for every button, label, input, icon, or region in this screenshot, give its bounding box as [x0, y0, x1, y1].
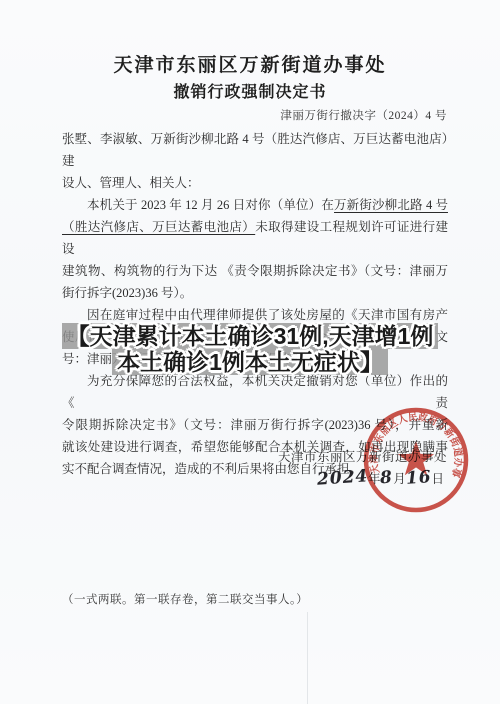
text-segment: 因在庭审过程中由代理律师提供了该处房屋的《天津市国有房产 [87, 308, 448, 322]
body-line: 街行拆字(2023)36 号）。 [62, 282, 448, 304]
text-segment: 本机关于 2023 年 12 月 26 日对你（单位）在 [87, 198, 334, 212]
document-title: 天津市东丽区万新街道办事处 [0, 50, 500, 77]
text-segment: 张墅、李淑敏、万新街沙柳北路 4 号（胜达汽修店、万巨达蓄电池店）建 [62, 132, 448, 168]
text-segment: 街行拆字(2023)36 号）。 [62, 286, 192, 300]
scanned-document-page: 天津市东丽区万新街道办事处 撤销行政强制决定书 津丽万街行撤决字（2024）4 … [0, 0, 500, 704]
body-line: 张墅、李淑敏、万新街沙柳北路 4 号（胜达汽修店、万巨达蓄电池店）建 [62, 128, 448, 172]
body-line: 号：津丽万街行拆字(2023)36 号)所依据的事实。 [62, 348, 448, 370]
body-line: 设人、管理人、相关人： [62, 172, 448, 194]
text-segment: 使用证》，该证据有可能影响本机关作出《责令限期拆除决定书》(文 [62, 330, 448, 344]
body-line: 本机关于 2023 年 12 月 26 日对你（单位）在万新街沙柳北路 4 号 [62, 194, 448, 216]
underlined-text-segment: 万新街沙柳北路 4 号 [334, 198, 448, 212]
stamp-star-icon [398, 441, 434, 475]
underlined-text-segment: （胜达汽修店、万巨达蓄电池店） [62, 220, 255, 234]
body-line: 因在庭审过程中由代理律师提供了该处房屋的《天津市国有房产 [62, 304, 448, 326]
paper-fold-line [307, 612, 308, 704]
stamp-graphic: 天津市东丽区人民政府万新街道办事处 [361, 405, 466, 510]
body-line: 使用证》，该证据有可能影响本机关作出《责令限期拆除决定书》(文 [62, 326, 448, 348]
official-red-stamp: 天津市东丽区人民政府万新街道办事处 [361, 405, 471, 515]
text-segment: 号：津丽万街行拆字(2023)36 号)所依据的事实。 [62, 352, 328, 366]
footer-copy-note: （一式两联。第一联存卷，第二联交当事人。） [62, 591, 308, 607]
body-line: 建筑物、构筑物的行为下达 《责令限期拆除决定书》（文号：津丽万 [62, 260, 448, 282]
body-line: （胜达汽修店、万巨达蓄电池店）未取得建设工程规划许可证进行建设 [62, 216, 448, 260]
text-segment: 建筑物、构筑物的行为下达 《责令限期拆除决定书》（文号：津丽万 [62, 264, 448, 278]
document-subtitle: 撤销行政强制决定书 [0, 79, 500, 102]
document-number: 津丽万街行撤决字（2024）4 号 [280, 107, 447, 123]
text-segment: 设人、管理人、相关人： [62, 176, 200, 190]
